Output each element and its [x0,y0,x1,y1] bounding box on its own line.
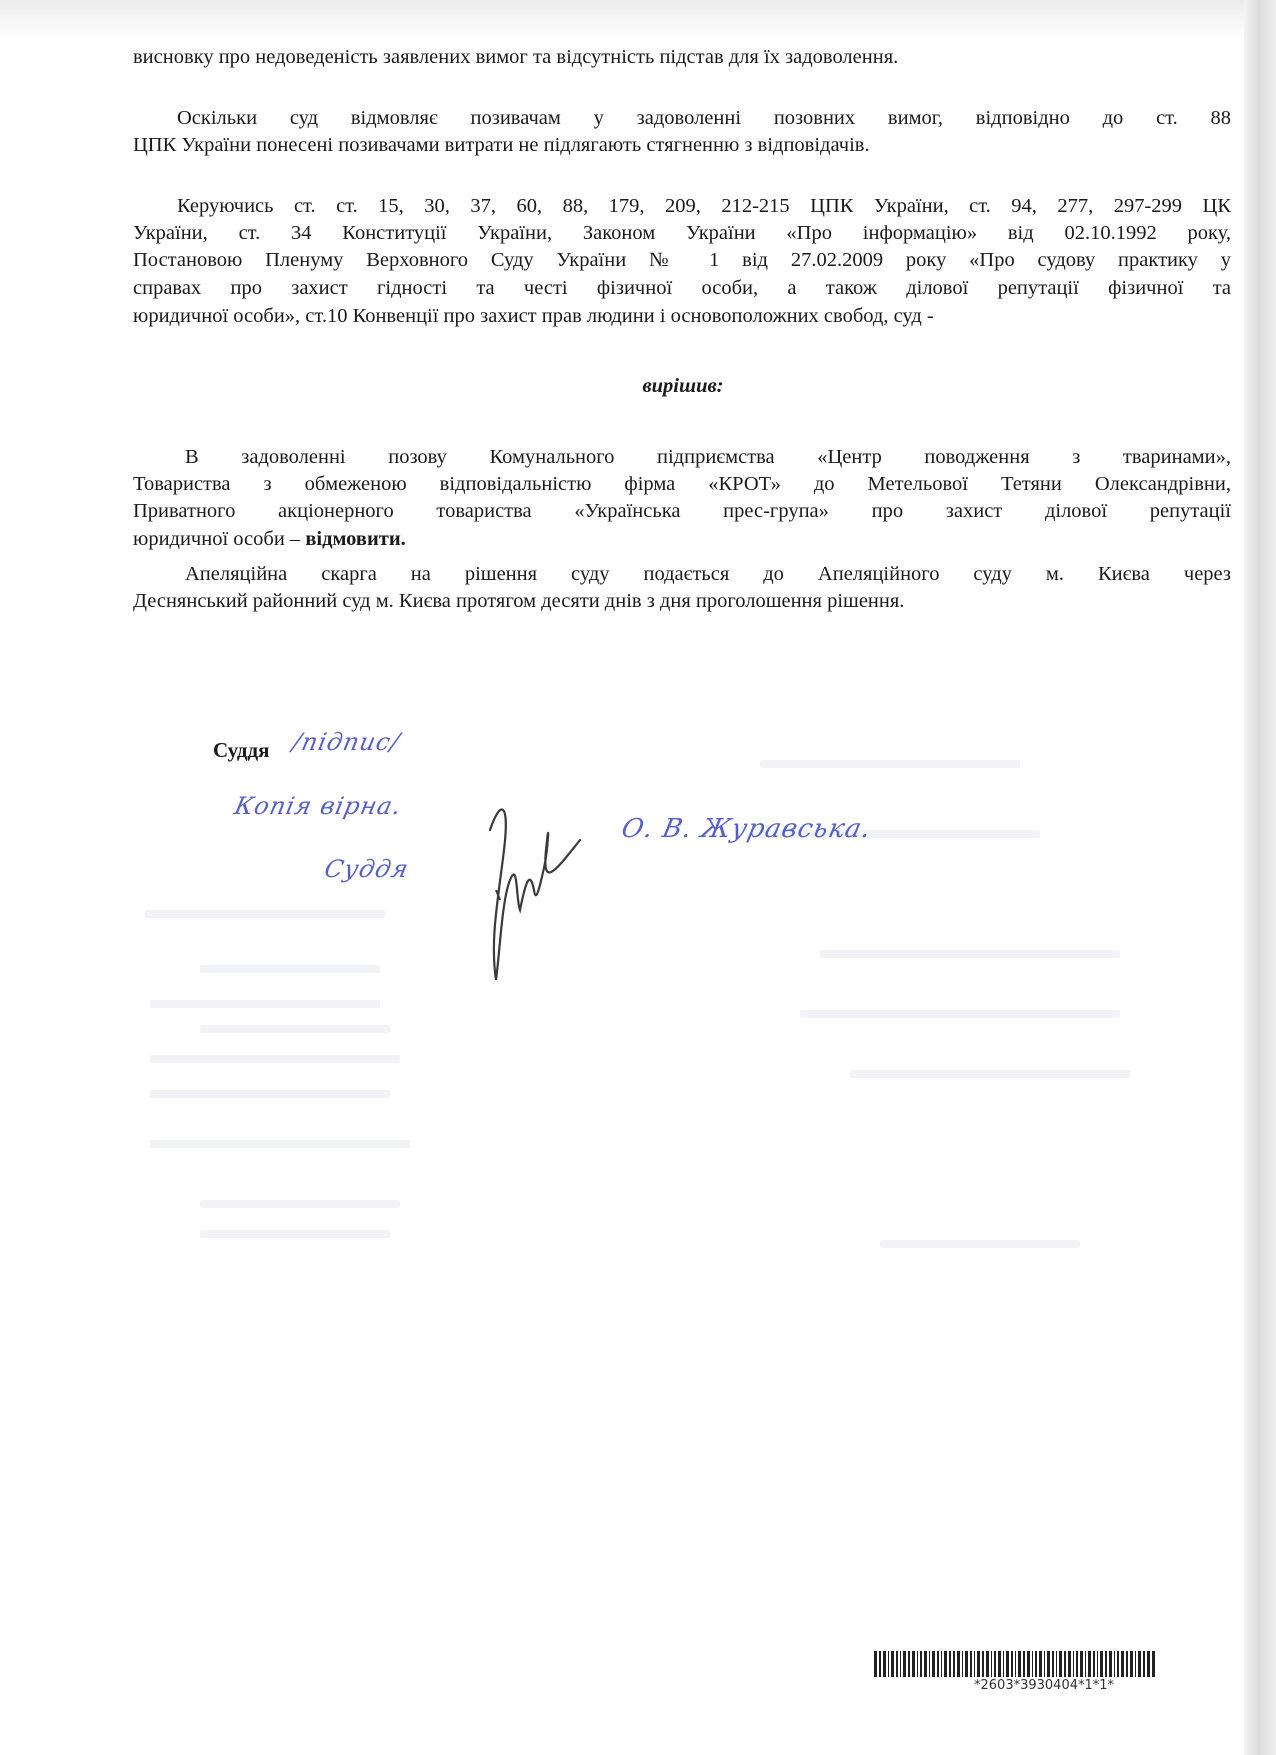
paragraph-decision-line-4: юридичної особи – відмовити. [133,525,406,553]
handwritten-judge-name: О. В. Журавська. [619,814,874,844]
paragraph-legal-basis-line-1: Керуючись ст. ст. 15, 30, 37, 60, 88, 17… [177,192,1231,220]
handwritten-judge: Суддя [322,855,412,883]
paragraph-costs-line-1: Оскільки суд відмовляє позивачам у задов… [177,104,1231,132]
paragraph-decision-line-3: Приватного акціонерного товариства «Укра… [133,497,1231,525]
judge-signature-icon [470,790,590,990]
paragraph-legal-basis-line-4: справах про захист гідності та честі фіз… [133,274,1231,302]
paragraph-decision-line-1: В задоволенні позову Комунального підпри… [185,443,1231,471]
resolution-heading: вирішив: [133,372,1233,400]
paragraph-appeal-line-2: Деснянський районний суд м. Києва протяг… [133,587,904,615]
decision-text: юридичної особи – [133,528,305,550]
decision-verdict: відмовити. [305,528,405,550]
barcode [874,1651,1224,1677]
handwritten-signed-note: /підпис/ [290,728,403,756]
paragraph-costs-line-2: ЦПК України понесені позивачами витрати … [133,131,870,159]
paragraph-legal-basis-line-2: України, ст. 34 Конституції України, Зак… [133,219,1231,247]
paragraph-decision-line-2: Товариства з обмеженою відповідальністю … [133,470,1231,498]
paragraph-legal-basis-line-5: юридичної особи», ст.10 Конвенції про за… [133,302,934,330]
judge-label: Суддя [213,738,269,763]
handwritten-copy-certified: Копія вірна. [232,792,404,820]
barcode-number: *2603*3930404*1*1* [974,1678,1114,1693]
paragraph-appeal-line-1: Апеляційна скарга на рішення суду подаєт… [185,560,1231,588]
scan-edge-shade [1244,0,1276,1755]
paragraph-conclusion: висновку про недоведеність заявлених вим… [133,43,898,71]
paragraph-legal-basis-line-3: Постановою Пленуму Верховного Суду Украї… [133,246,1231,274]
scan-top-shade [0,0,1244,40]
